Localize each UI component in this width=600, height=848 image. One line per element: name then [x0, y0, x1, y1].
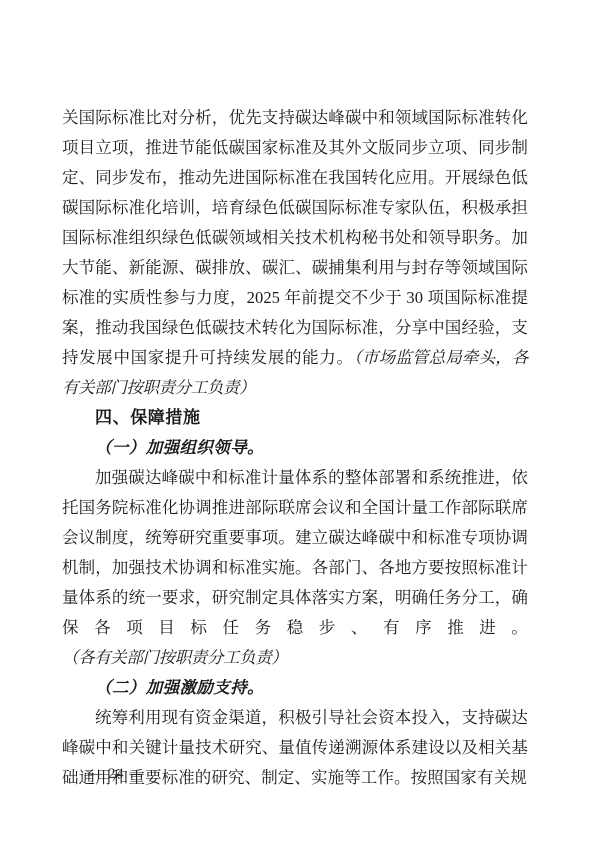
- text-segment-kai: （二）加强激励支持。: [95, 678, 264, 697]
- document-page: 关国际标准比对分析，优先支持碳达峰碳中和领域国际标准转化项目立项，推进节能低碳国…: [0, 0, 600, 848]
- subsection-heading-incentive-support: （二）加强激励支持。: [62, 673, 528, 703]
- section-heading-safeguard-measures: 四、保障措施: [62, 403, 528, 433]
- text-segment-normal: 加强碳达峰碳中和标准计量体系的整体部署和系统推进，依托国务院标准化协调推进部际联…: [62, 468, 528, 637]
- text-segment-hei: 四、保障措施: [95, 408, 201, 427]
- paragraph-organizational-leadership: 加强碳达峰碳中和标准计量体系的整体部署和系统推进，依托国务院标准化协调推进部际联…: [62, 463, 528, 673]
- text-segment-kai: （一）加强组织领导。: [95, 438, 264, 457]
- text-segment-kai: （各有关部门按职责分工负责）: [62, 648, 287, 667]
- text-segment-normal: 关国际标准比对分析，优先支持碳达峰碳中和领域国际标准转化项目立项，推进节能低碳国…: [62, 108, 528, 367]
- document-body: 关国际标准比对分析，优先支持碳达峰碳中和领域国际标准转化项目立项，推进节能低碳国…: [62, 103, 528, 793]
- page-number: — 24 —: [88, 766, 145, 783]
- paragraph-international-standards: 关国际标准比对分析，优先支持碳达峰碳中和领域国际标准转化项目立项，推进节能低碳国…: [62, 103, 528, 403]
- subsection-heading-organizational-leadership: （一）加强组织领导。: [62, 433, 528, 463]
